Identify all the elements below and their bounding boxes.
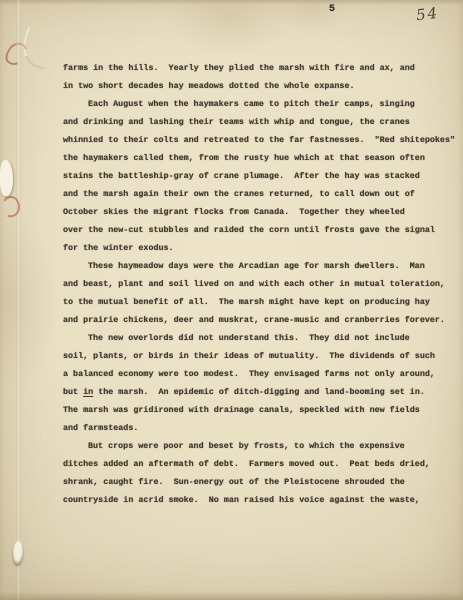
text-line: shrank, caught fire. Sun-energy out of t… bbox=[63, 473, 461, 491]
underlined-word: in bbox=[83, 387, 93, 397]
text-line: October skies the migrant flocks from Ca… bbox=[63, 203, 461, 221]
text-line: ditches added an aftermath of debt. Farm… bbox=[63, 455, 461, 473]
page-number-typed: 5 bbox=[329, 4, 335, 15]
text-line: and beast, plant and soil lived on and w… bbox=[63, 275, 461, 293]
text-line: These haymeadow days were the Arcadian a… bbox=[63, 257, 461, 275]
paper-crease bbox=[16, 0, 21, 600]
text-line: countryside in acrid smoke. No man raise… bbox=[63, 491, 461, 509]
text-line: soil, plants, or birds in their ideas of… bbox=[63, 347, 461, 365]
text-line: whinnied to their colts and retreated to… bbox=[63, 131, 461, 149]
page-top-shadow bbox=[0, 0, 463, 5]
text-line: and drinking and lashing their teams wit… bbox=[63, 113, 461, 131]
text-line: and farmsteads. bbox=[63, 419, 461, 437]
manuscript-page: 5 54 farms in the hills. Yearly they pli… bbox=[0, 0, 463, 600]
typescript-text: farms in the hills. Yearly they plied th… bbox=[63, 59, 461, 509]
text-line: and the marsh again their own the cranes… bbox=[63, 185, 461, 203]
page-number-handwritten: 54 bbox=[415, 4, 440, 25]
paper-tear bbox=[13, 541, 23, 564]
text-line: a balanced economy were too modest. They… bbox=[63, 365, 461, 383]
text-line: but in the marsh. An epidemic of ditch-d… bbox=[63, 383, 461, 401]
text-line: for the winter exodus. bbox=[63, 239, 461, 257]
text-line: farms in the hills. Yearly they plied th… bbox=[63, 59, 461, 77]
text-line: the haymakers called them, from the rust… bbox=[63, 149, 461, 167]
text-line: The marsh was gridironed with drainage c… bbox=[63, 401, 461, 419]
text-line: Each August when the haymakers came to p… bbox=[63, 95, 461, 113]
paragraph: farms in the hills. Yearly they plied th… bbox=[63, 59, 461, 95]
paper-tear bbox=[0, 160, 13, 196]
page-bottom-shadow bbox=[0, 591, 463, 600]
text-line: stains the battleship-gray of crane plum… bbox=[63, 167, 461, 185]
paragraph: The new overlords did not understand thi… bbox=[63, 329, 461, 437]
paragraph: But crops were poor and beset by frosts,… bbox=[63, 437, 461, 509]
text-line: in two short decades hay meadows dotted … bbox=[63, 77, 461, 95]
text-line: The new overlords did not understand thi… bbox=[63, 329, 461, 347]
text-line: to the mutual benefit of all. The marsh … bbox=[63, 293, 461, 311]
paragraph: These haymeadow days were the Arcadian a… bbox=[63, 257, 461, 329]
paragraph: Each August when the haymakers came to p… bbox=[63, 95, 461, 257]
text-line: But crops were poor and beset by frosts,… bbox=[63, 437, 461, 455]
text-line: over the new-cut stubbles and raided the… bbox=[63, 221, 461, 239]
text-line: and prairie chickens, deer and muskrat, … bbox=[63, 311, 461, 329]
